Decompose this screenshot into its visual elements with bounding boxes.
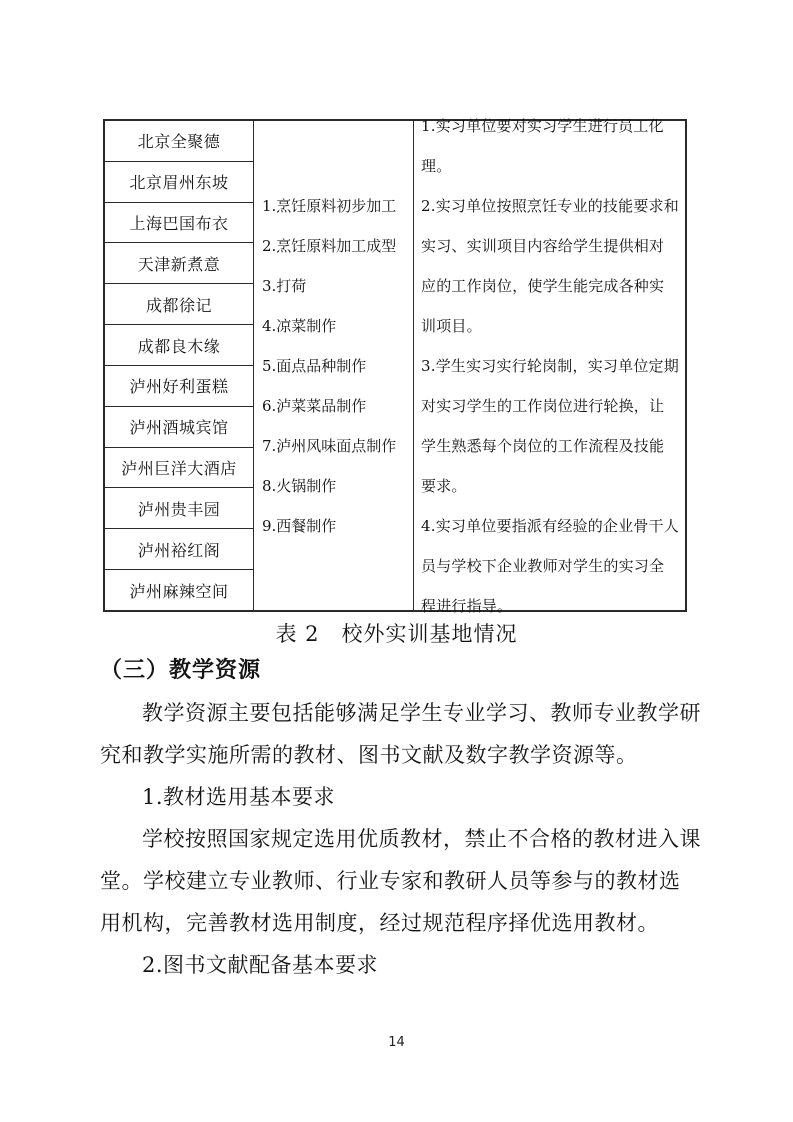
requirement-item: 4.实习单位要指派有经验的企业骨干人员与学校下企业教师对学生的实习全程进行指导。 (421, 506, 679, 626)
training-item: 5.面点品种制作 (262, 346, 413, 386)
paragraph-item1-title: 1.教材选用基本要求 (100, 776, 701, 818)
page-number: 14 (0, 1035, 793, 1050)
company-cell: 泸州酒城宾馆 (105, 407, 253, 448)
paragraph-textbook-policy: 学校按照国家规定选用优质教材，禁止不合格的教材进入课堂。学校建立专业教师、行业专… (100, 818, 701, 944)
training-item: 4.凉菜制作 (262, 306, 413, 346)
requirement-item: 1.实习单位要对实习学生进行员工化理。 (421, 106, 679, 186)
body-text: 教学资源主要包括能够满足学生专业学习、教师专业教学研究和教学实施所需的教材、图书… (100, 692, 701, 986)
company-cell: 泸州巨洋大酒店 (105, 448, 253, 489)
requirement-item: 3.学生实习实行轮岗制，实习单位定期对实习学生的工作岗位进行轮换，让学生熟悉每个… (421, 346, 679, 506)
company-cell: 北京眉州东坡 (105, 162, 253, 203)
company-cell: 泸州贵丰园 (105, 488, 253, 529)
companies-column: 北京全聚德 北京眉州东坡 上海巴国布衣 天津新煮意 成都徐记 成都良木缘 泸州好… (105, 121, 253, 610)
training-item: 6.泸菜菜品制作 (262, 386, 413, 426)
table-caption: 表 2 校外实训基地情况 (0, 618, 793, 648)
paragraph-intro: 教学资源主要包括能够满足学生专业学习、教师专业教学研究和教学实施所需的教材、图书… (100, 692, 701, 776)
training-item: 3.打荷 (262, 266, 413, 306)
requirements-column: 1.实习单位要对实习学生进行员工化理。 2.实习单位按照烹饪专业的技能要求和实习… (413, 121, 685, 610)
training-item: 9.西餐制作 (262, 506, 413, 546)
document-page: 北京全聚德 北京眉州东坡 上海巴国布衣 天津新煮意 成都徐记 成都良木缘 泸州好… (0, 0, 793, 1122)
company-cell: 泸州麻辣空间 (105, 570, 253, 610)
training-item: 2.烹饪原料加工成型 (262, 226, 413, 266)
section-heading: （三）教学资源 (100, 653, 261, 684)
company-cell: 成都徐记 (105, 284, 253, 325)
company-cell: 成都良木缘 (105, 325, 253, 366)
training-base-table: 北京全聚德 北京眉州东坡 上海巴国布衣 天津新煮意 成都徐记 成都良木缘 泸州好… (103, 119, 687, 612)
company-cell: 上海巴国布衣 (105, 203, 253, 244)
company-cell: 天津新煮意 (105, 243, 253, 284)
paragraph-item2-title: 2.图书文献配备基本要求 (100, 944, 701, 986)
company-cell: 北京全聚德 (105, 121, 253, 162)
training-item: 8.火锅制作 (262, 466, 413, 506)
company-cell: 泸州好利蛋糕 (105, 366, 253, 407)
requirement-item: 2.实习单位按照烹饪专业的技能要求和实习、实训项目内容给学生提供相对应的工作岗位… (421, 186, 679, 346)
training-item: 7.泸州风味面点制作 (262, 426, 413, 466)
training-item: 1.烹饪原料初步加工 (262, 186, 413, 226)
training-items-column: 1.烹饪原料初步加工 2.烹饪原料加工成型 3.打荷 4.凉菜制作 5.面点品种… (253, 121, 413, 610)
company-cell: 泸州裕红阁 (105, 529, 253, 570)
